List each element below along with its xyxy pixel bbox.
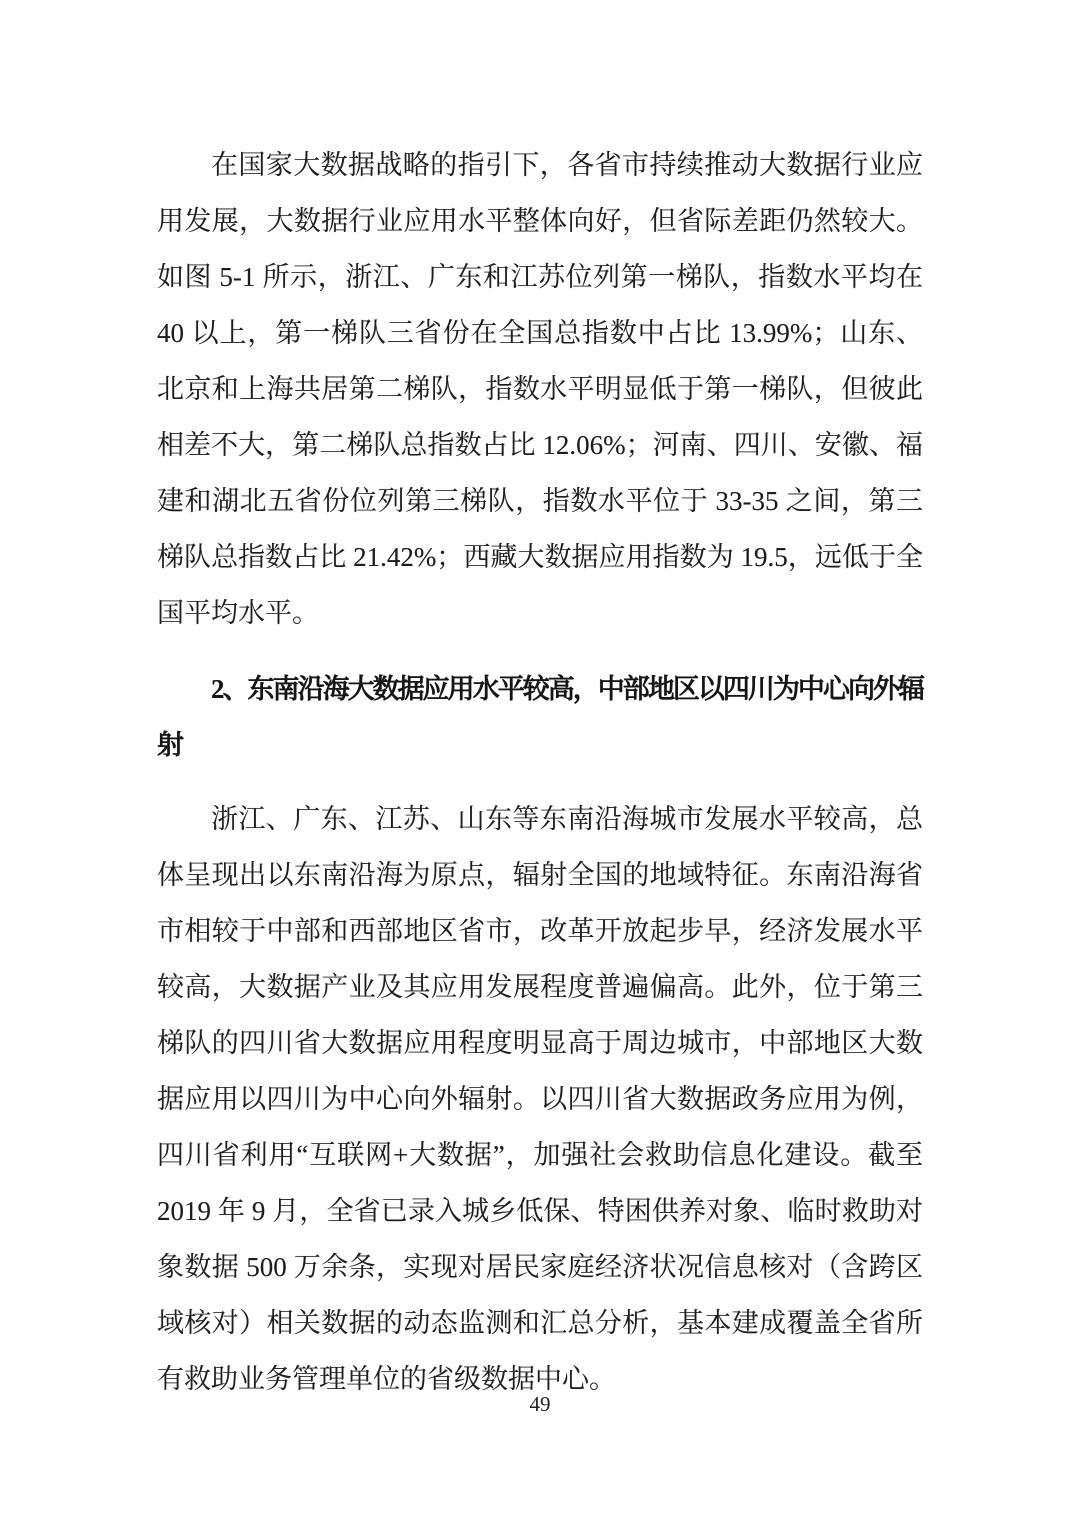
paragraph-southeast-coast-sichuan: 浙江、广东、江苏、山东等东南沿海城市发展水平较高，总体呈现出以东南沿海为原点，辐… (157, 791, 923, 1407)
section-heading-2: 2、东南沿海大数据应用水平较高，中部地区以四川为中心向外辐射 (157, 661, 923, 773)
paragraph-national-strategy-tiers: 在国家大数据战略的指引下，各省市持续推动大数据行业应用发展，大数据行业应用水平整… (157, 137, 923, 641)
page-body: 在国家大数据战略的指引下，各省市持续推动大数据行业应用发展，大数据行业应用水平整… (157, 137, 923, 1407)
page-footer: 49 (0, 1390, 1080, 1418)
page-number: 49 (530, 1392, 551, 1416)
document-page: 在国家大数据战略的指引下，各省市持续推动大数据行业应用发展，大数据行业应用水平整… (0, 0, 1080, 1527)
